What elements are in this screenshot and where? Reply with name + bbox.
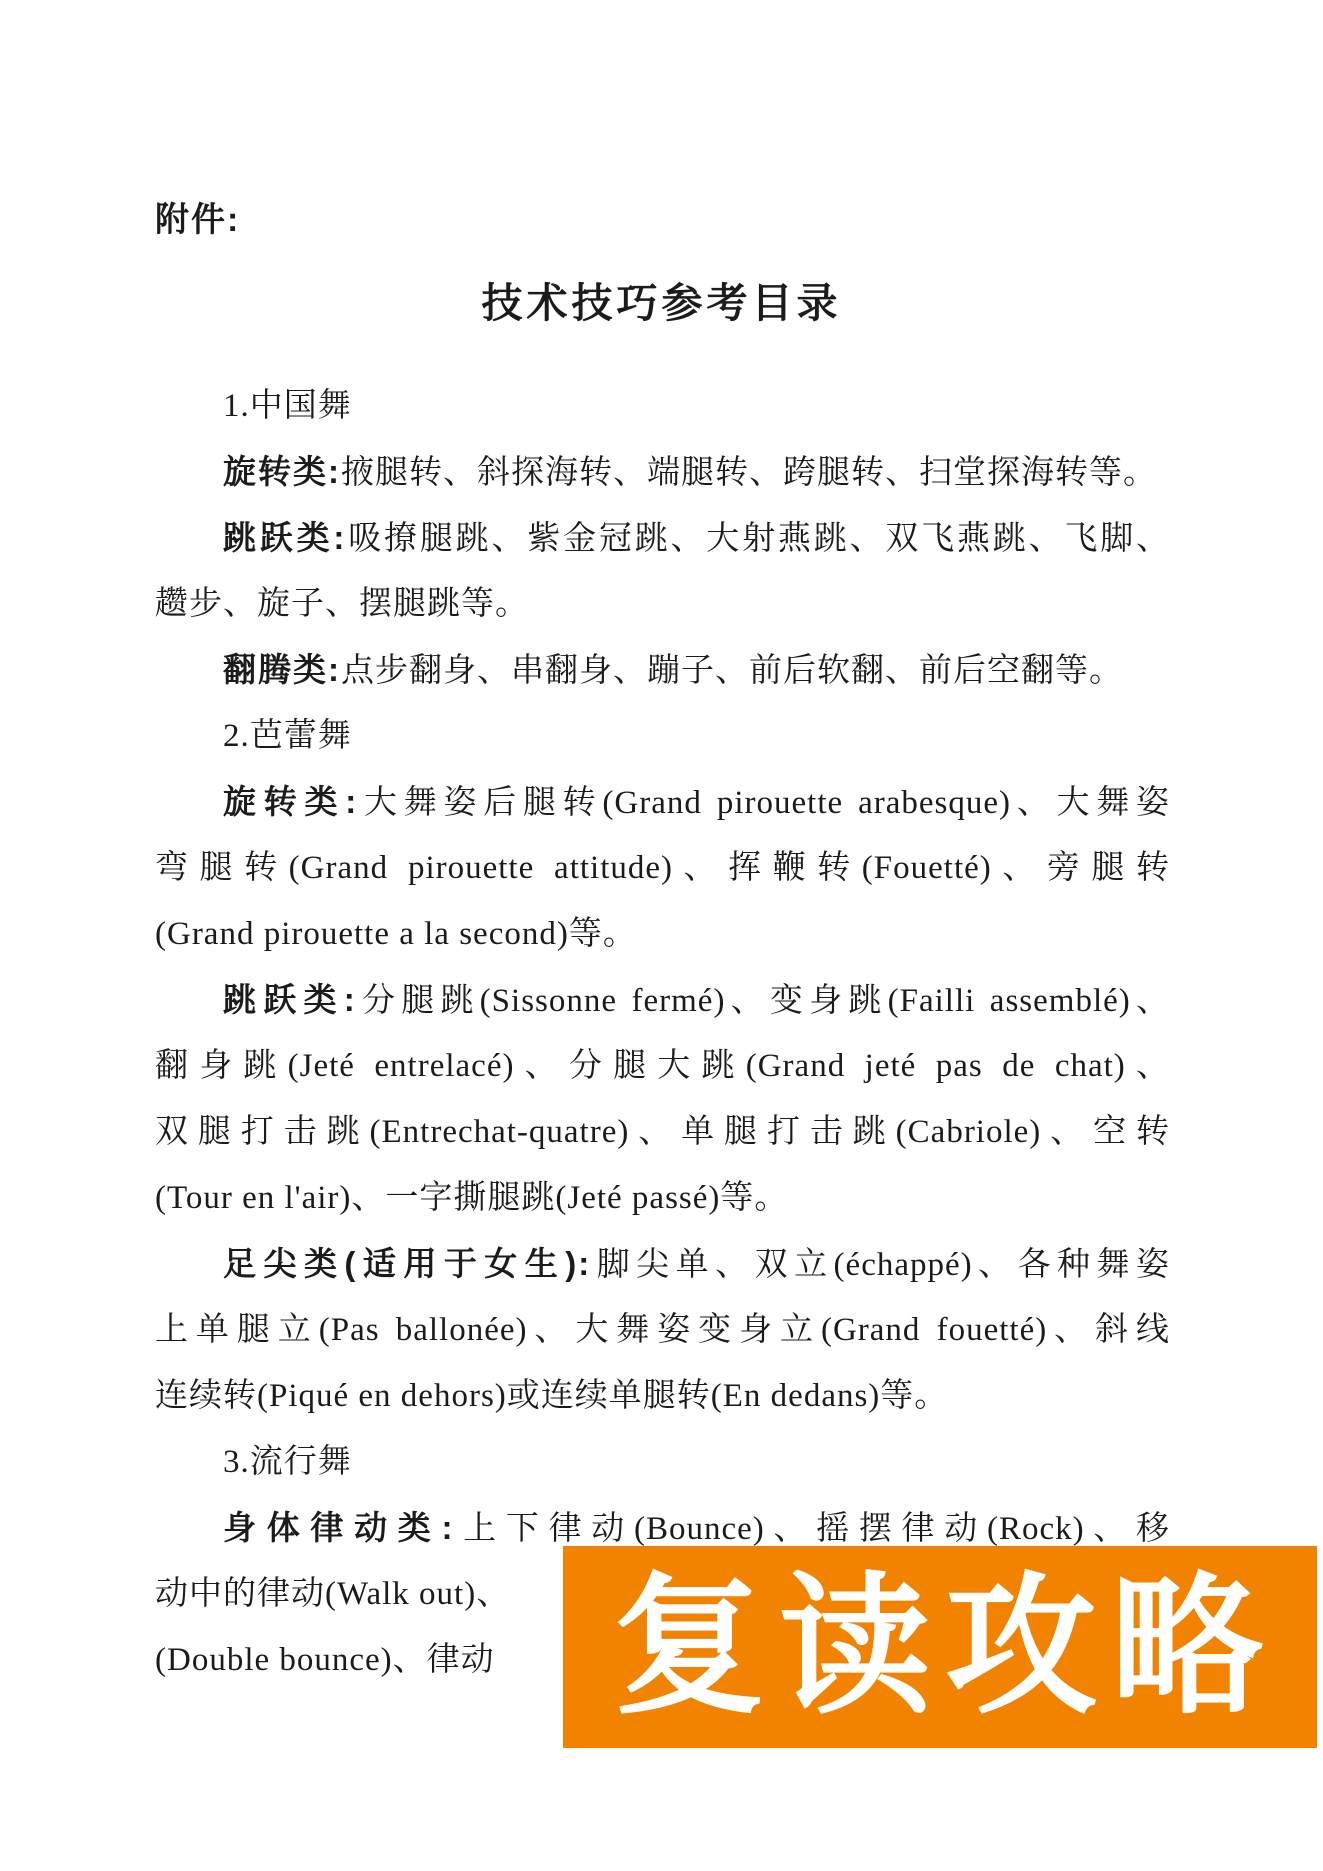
text-segment: 连续转(Piqué en dehors)或连续单腿转(En dedans)等。 (155, 1378, 948, 1414)
text-segment: 分腿跳(Sissonne fermé)、变身跳(Failli assemblé)… (357, 983, 1170, 1019)
text-segment: 掖腿转、斜探海转、端腿转、跨腿转、扫堂探海转等。 (341, 455, 1157, 491)
text-line: 上单腿立(Pas ballonée)、大舞姿变身立(Grand fouetté)… (155, 1297, 1170, 1363)
text-line: 趱步、旋子、摆腿跳等。 (155, 571, 1170, 637)
text-line: 连续转(Piqué en dehors)或连续单腿转(En dedans)等。 (155, 1363, 1170, 1429)
text-line: 旋转类:大舞姿后腿转(Grand pirouette arabesque)、大舞… (155, 769, 1170, 835)
text-line: (Tour en l'air)、一字撕腿跳(Jeté passé)等。 (155, 1165, 1170, 1231)
text-segment: 1.中国舞 (223, 388, 352, 424)
watermark-text: 复读攻略 (603, 1571, 1277, 1723)
text-segment: 双腿打击跳(Entrechat-quatre)、单腿打击跳(Cabriole)、… (155, 1114, 1170, 1150)
text-segment: 上下律动(Bounce)、摇摆律动(Rock)、移 (454, 1511, 1170, 1547)
watermark-overlay: 复读攻略 (563, 1546, 1317, 1748)
text-segment: 旋转类: (223, 783, 358, 820)
text-line: 旋转类:掖腿转、斜探海转、端腿转、跨腿转、扫堂探海转等。 (155, 439, 1170, 505)
text-segment: 吸撩腿跳、紫金冠跳、大射燕跳、双飞燕跳、飞脚、 (346, 521, 1170, 557)
text-segment: 脚尖单、双立(échappé)、各种舞姿 (591, 1247, 1170, 1283)
text-segment: 上单腿立(Pas ballonée)、大舞姿变身立(Grand fouetté)… (155, 1312, 1170, 1348)
text-segment: 趱步、旋子、摆腿跳等。 (155, 586, 529, 622)
text-segment: 身体律动类: (223, 1509, 454, 1546)
document-page: 附件: 技术技巧参考目录 1.中国舞旋转类:掖腿转、斜探海转、端腿转、跨腿转、扫… (0, 0, 1323, 1871)
text-line: 跳跃类:分腿跳(Sissonne fermé)、变身跳(Failli assem… (155, 967, 1170, 1033)
text-segment: 点步翻身、串翻身、蹦子、前后软翻、前后空翻等。 (341, 653, 1123, 689)
text-segment: 跳跃类: (223, 519, 346, 556)
text-line: 弯腿转(Grand pirouette attitude)、挥鞭转(Fouett… (155, 835, 1170, 901)
text-line: 足尖类(适用于女生):脚尖单、双立(échappé)、各种舞姿 (155, 1231, 1170, 1297)
text-segment: 翻腾类: (223, 651, 341, 688)
text-line: 跳跃类:吸撩腿跳、紫金冠跳、大射燕跳、双飞燕跳、飞脚、 (155, 505, 1170, 571)
text-segment: 跳跃类: (223, 981, 357, 1018)
text-segment: 翻身跳(Jeté entrelacé)、分腿大跳(Grand jeté pas … (155, 1048, 1170, 1084)
text-line: 双腿打击跳(Entrechat-quatre)、单腿打击跳(Cabriole)、… (155, 1099, 1170, 1165)
document-body: 1.中国舞旋转类:掖腿转、斜探海转、端腿转、跨腿转、扫堂探海转等。跳跃类:吸撩腿… (155, 373, 1170, 1693)
text-segment: 2.芭蕾舞 (223, 718, 352, 754)
text-segment: 足尖类(适用于女生): (223, 1245, 591, 1282)
text-segment: 动中的律动(Walk out)、 (155, 1576, 510, 1612)
text-line: 翻身跳(Jeté entrelacé)、分腿大跳(Grand jeté pas … (155, 1033, 1170, 1099)
text-segment: 旋转类: (223, 453, 341, 490)
text-segment: (Grand pirouette a la second)等。 (155, 916, 637, 952)
text-line: 3.流行舞 (155, 1429, 1170, 1495)
page-title: 技术技巧参考目录 (0, 270, 1323, 329)
text-segment: 3.流行舞 (223, 1444, 352, 1480)
text-line: (Grand pirouette a la second)等。 (155, 901, 1170, 967)
text-segment: (Tour en l'air)、一字撕腿跳(Jeté passé)等。 (155, 1180, 788, 1216)
text-line: 1.中国舞 (155, 373, 1170, 439)
text-segment: (Double bounce)、律动 (155, 1642, 495, 1678)
attachment-label: 附件: (155, 192, 240, 241)
text-line: 翻腾类:点步翻身、串翻身、蹦子、前后软翻、前后空翻等。 (155, 637, 1170, 703)
text-segment: 大舞姿后腿转(Grand pirouette arabesque)、大舞姿 (358, 785, 1170, 821)
text-line: 2.芭蕾舞 (155, 703, 1170, 769)
text-segment: 弯腿转(Grand pirouette attitude)、挥鞭转(Fouett… (155, 850, 1170, 886)
